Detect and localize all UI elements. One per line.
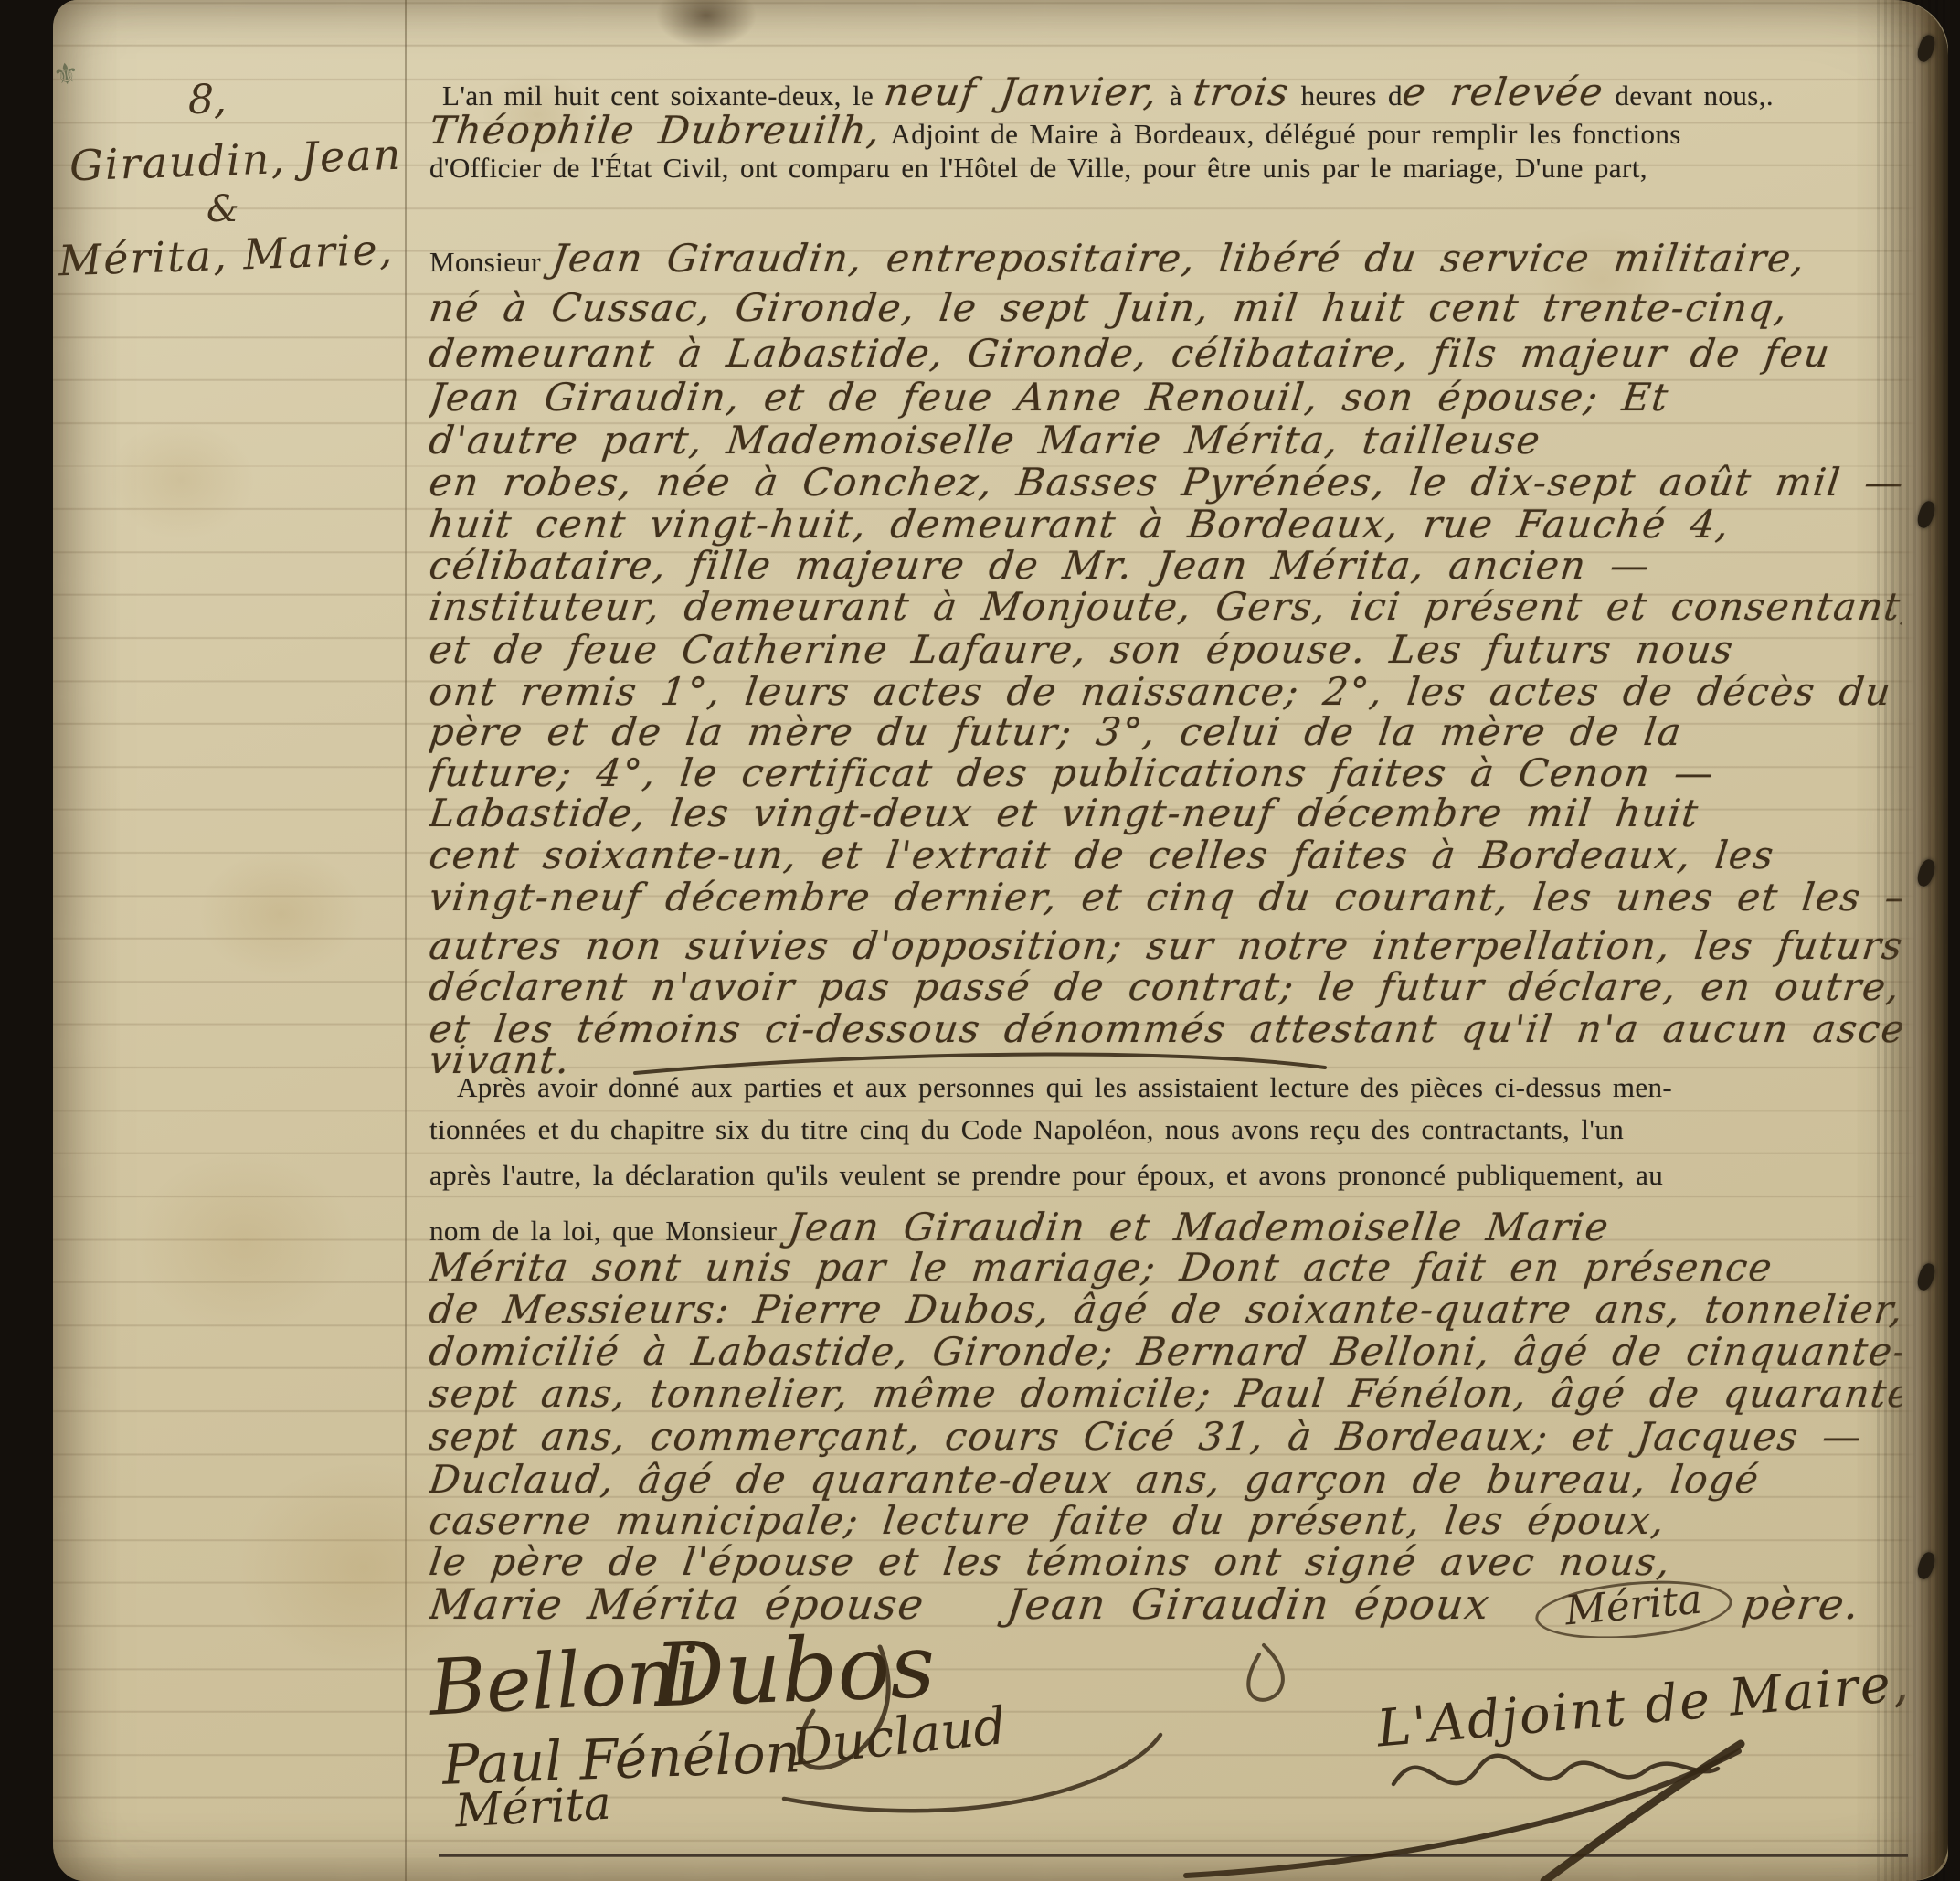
act-line: Duclaud, âgé de quarante-deux ans, garço… <box>429 1457 1902 1502</box>
act-line: autres non suivies d'opposition; sur not… <box>429 923 1902 968</box>
text-segment-handwritten: huit cent vingt-huit, demeurant à Bordea… <box>429 502 1732 547</box>
act-line: Marie Mérita épouseJean Giraudin épouxMé… <box>429 1579 1902 1638</box>
act-line: de Messieurs: Pierre Dubos, âgé de soixa… <box>429 1287 1902 1332</box>
text-segment-handwritten: né à Cussac, Gironde, le sept Juin, mil … <box>429 285 1791 330</box>
text-segment-print: nom de la loi, que Monsieur <box>429 1215 789 1247</box>
text-segment-handwritten: instituteur, demeurant à Monjoute, Gers,… <box>429 584 1902 629</box>
text-segment-handwritten: caserne municipale; lecture faite du pré… <box>429 1498 1669 1543</box>
act-line: domicilié à Labastide, Gironde; Bernard … <box>429 1329 1902 1374</box>
act-line: en robes, née à Conchez, Basses Pyrénées… <box>429 460 1902 505</box>
text-segment-handwritten: célibataire, fille majeure de Mr. Jean M… <box>429 543 1653 588</box>
act-line: cent soixante-un, et l'extrait de celles… <box>429 833 1902 877</box>
scanned-register-page: ⚜ 8, Giraudin, Jean & Mérita, Marie, L'a… <box>0 0 1960 1881</box>
text-segment-handwritten: et de feue Catherine Lafaure, son épouse… <box>429 627 1736 672</box>
text-segment-handwritten: ont remis 1°, leurs actes de naissance; … <box>429 669 1894 714</box>
act-line: d'autre part, Mademoiselle Marie Mérita,… <box>429 418 1902 462</box>
text-segment-handwritten: Labastide, les vingt-deux et vingt-neuf … <box>429 791 1701 835</box>
text-segment-handwritten: future; 4°, le certificat des publicatio… <box>429 750 1717 795</box>
text-segment-handwritten: le père de l'épouse et les témoins ont s… <box>429 1539 1674 1584</box>
text-segment-handwritten: de Messieurs: Pierre Dubos, âgé de soixa… <box>429 1287 1902 1332</box>
act-line: après l'autre, la déclaration qu'ils veu… <box>429 1159 1902 1192</box>
text-segment-handwritten: cent soixante-un, et l'extrait de celles… <box>429 833 1777 877</box>
margin-rule-line <box>405 0 407 1881</box>
act-line: père et de la mère du futur; 3°, celui d… <box>429 709 1902 754</box>
act-line: Jean Giraudin, et de feue Anne Renouil, … <box>429 375 1902 420</box>
text-segment-handwritten: Jean Giraudin, et de feue Anne Renouil, … <box>429 375 1671 420</box>
signature-merita-father: Mérita <box>454 1777 612 1838</box>
text-segment-handwritten: sept ans, commerçant, cours Cicé 31, à B… <box>429 1414 1865 1459</box>
text-segment-handwritten: sept ans, tonnelier, même domicile; Paul… <box>429 1371 1902 1416</box>
act-line: d'Officier de l'État Civil, ont comparu … <box>429 152 1902 185</box>
text-segment-handwritten: demeurant à Labastide, Gironde, célibata… <box>429 331 1833 376</box>
text-segment-print: d'Officier de l'État Civil, ont comparu … <box>429 152 1647 184</box>
act-line: déclarent n'avoir pas passé de contrat; … <box>429 964 1902 1009</box>
text-segment-print: après l'autre, la déclaration qu'ils veu… <box>429 1159 1663 1191</box>
act-line: huit cent vingt-huit, demeurant à Bordea… <box>429 502 1902 547</box>
act-line: célibataire, fille majeure de Mr. Jean M… <box>429 543 1902 588</box>
text-segment-print: à <box>1159 80 1193 112</box>
text-segment-print: Monsieur <box>429 246 552 278</box>
act-line: sept ans, tonnelier, même domicile; Paul… <box>429 1371 1902 1416</box>
text-segment-handwritten: Mérita sont unis par le mariage; Dont ac… <box>429 1245 1775 1290</box>
act-line: né à Cussac, Gironde, le sept Juin, mil … <box>429 285 1902 330</box>
act-line: tionnées et du chapitre six du titre cin… <box>429 1113 1902 1146</box>
fleur-de-lis-icon: ⚜ <box>50 55 81 93</box>
act-line: instituteur, demeurant à Monjoute, Gers,… <box>429 584 1902 629</box>
text-segment-handwritten: d'autre part, Mademoiselle Marie Mérita,… <box>429 418 1543 462</box>
act-line: le père de l'épouse et les témoins ont s… <box>429 1539 1902 1584</box>
text-segment-print: Adjoint de Maire à Bordeaux, délégué pou… <box>881 118 1681 150</box>
margin-ampersand: & <box>207 188 239 230</box>
text-segment-handwritten: père et de la mère du futur; 3°, celui d… <box>429 709 1685 754</box>
act-line: demeurant à Labastide, Gironde, célibata… <box>429 331 1902 376</box>
text-segment-handwritten: en robes, née à Conchez, Basses Pyrénées… <box>429 460 1902 505</box>
text-segment-print: heures d <box>1289 80 1403 112</box>
text-segment-print: tionnées et du chapitre six du titre cin… <box>429 1113 1624 1145</box>
act-line: Mérita sont unis par le mariage; Dont ac… <box>429 1245 1902 1290</box>
act-line: et de feue Catherine Lafaure, son épouse… <box>429 627 1902 672</box>
register-page-paper: ⚜ 8, Giraudin, Jean & Mérita, Marie, L'a… <box>53 0 1948 1881</box>
text-segment-handwritten: Jean Giraudin et Mademoiselle Marie <box>786 1205 1612 1249</box>
text-segment-handwritten: déclarent n'avoir pas passé de contrat; … <box>429 964 1902 1009</box>
act-line: vingt-neuf décembre dernier, et cinq du … <box>429 875 1902 919</box>
text-segment-handwritten: Théophile Dubreuilh, <box>429 108 884 153</box>
act-line: Après avoir donné aux parties et aux per… <box>429 1071 1930 1104</box>
text-segment-handwritten: père. <box>1739 1579 1862 1629</box>
act-line: Monsieur Jean Giraudin, entrepositaire, … <box>429 236 1902 281</box>
act-line: sept ans, commerçant, cours Cicé 31, à B… <box>429 1414 1902 1459</box>
act-line: ont remis 1°, leurs actes de naissance; … <box>429 669 1902 714</box>
page-binding-edge <box>1877 0 1948 1881</box>
text-segment-handwritten: Duclaud, âgé de quarante-deux ans, garço… <box>429 1457 1762 1502</box>
act-number: 8, <box>188 77 227 123</box>
act-line: Théophile Dubreuilh, Adjoint de Maire à … <box>429 108 1902 153</box>
signature-circled: Mérita <box>1533 1579 1735 1638</box>
text-segment-handwritten: Jean Giraudin époux <box>1004 1579 1493 1629</box>
act-line: caserne municipale; lecture faite du pré… <box>429 1498 1902 1543</box>
text-segment-print: devant nous,. <box>1604 80 1774 112</box>
text-segment-handwritten: autres non suivies d'opposition; sur not… <box>429 923 1902 968</box>
act-line: Labastide, les vingt-deux et vingt-neuf … <box>429 791 1902 835</box>
act-line: future; 4°, le certificat des publicatio… <box>429 750 1902 795</box>
text-segment-handwritten: domicilié à Labastide, Gironde; Bernard … <box>429 1329 1902 1374</box>
text-segment-print: Après avoir donné aux parties et aux per… <box>457 1071 1672 1103</box>
text-segment-handwritten: Jean Giraudin, entrepositaire, libéré du… <box>549 236 1808 281</box>
act-line: nom de la loi, que Monsieur Jean Giraudi… <box>429 1205 1902 1249</box>
text-segment-print: L'an mil huit cent soixante-deux, le <box>442 80 885 112</box>
text-segment-handwritten: vingt-neuf décembre dernier, et cinq du … <box>429 875 1902 919</box>
